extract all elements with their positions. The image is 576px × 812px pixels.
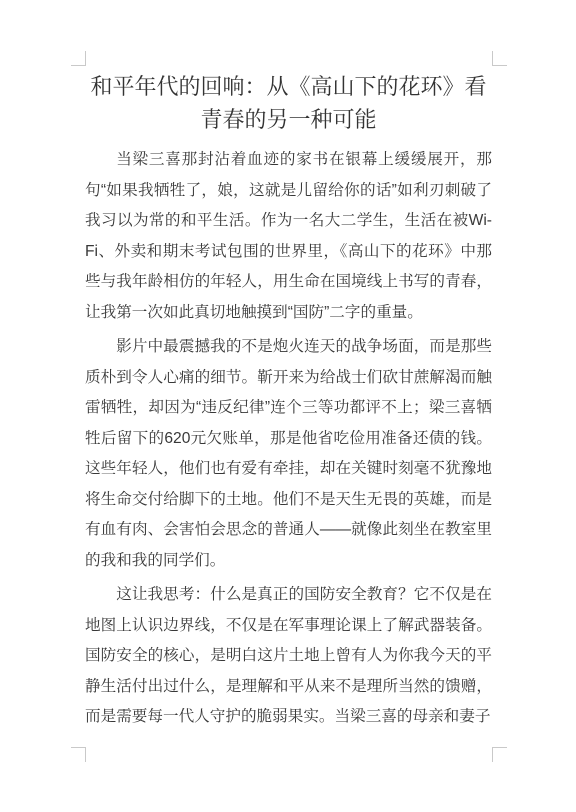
crop-mark-top-left	[71, 51, 86, 66]
crop-mark-top-right	[492, 51, 507, 66]
paragraph-3: 这让我思考：什么是真正的国防安全教育？它不仅是在地图上认识边界线，不仅是在军事理…	[85, 580, 492, 733]
crop-mark-bottom-left	[71, 747, 86, 762]
text-area: 和平年代的回响：从《高山下的花环》看青春的另一种可能 当梁三喜那封沾着血迹的家书…	[85, 70, 492, 737]
document-title: 和平年代的回响：从《高山下的花环》看青春的另一种可能	[85, 70, 492, 136]
crop-mark-bottom-right	[492, 747, 507, 762]
document-page: 和平年代的回响：从《高山下的花环》看青春的另一种可能 当梁三喜那封沾着血迹的家书…	[0, 0, 576, 812]
paragraph-2: 影片中最震撼我的不是炮火连天的战争场面，而是那些质朴到令人心痛的细节。靳开来为给…	[85, 332, 492, 576]
paragraph-1: 当梁三喜那封沾着血迹的家书在银幕上缓缓展开，那句“如果我牺牲了，娘，这就是儿留给…	[85, 145, 492, 328]
